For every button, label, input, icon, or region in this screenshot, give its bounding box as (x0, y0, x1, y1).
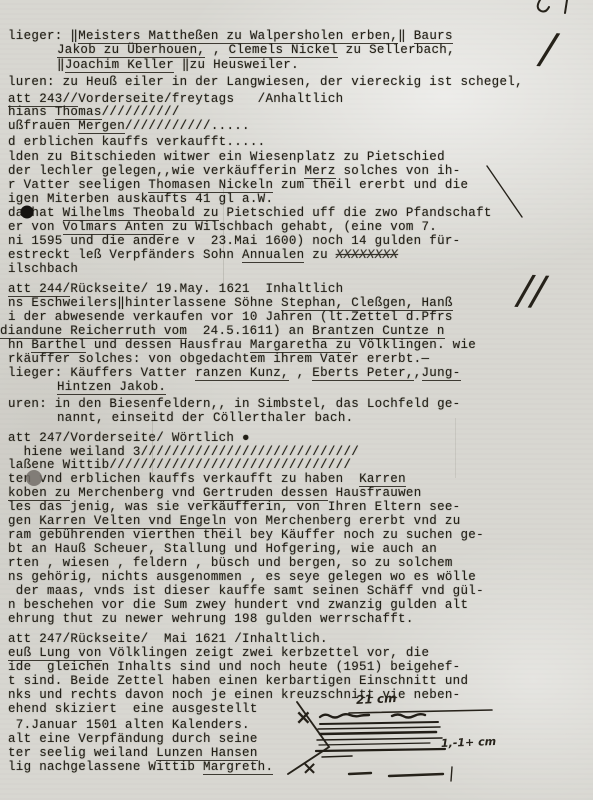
typewritten-line: r Vatter seeligen Thomasen Nickeln zum t… (8, 179, 468, 192)
typewritten-line: laßene Wittib///////////////////////////… (8, 459, 351, 472)
typewritten-line: gen Karren Velten vnd Engeln von Merchen… (8, 515, 461, 528)
typewritten-line: nannt, einseitd der Cöllerthaler bach. (57, 412, 353, 425)
typewritten-line: igen Miterben auskaufts 41 gl a.W. (8, 193, 273, 206)
typewritten-line: ‖Joachim Keller ‖zu Heusweiler. (57, 59, 299, 72)
scan-fold-line (455, 418, 456, 478)
typewritten-line: d erblichen kauffs verkaufft..... (8, 136, 265, 149)
typewritten-line: dachat Wilhelms Theobald zu Pietschied u… (8, 207, 492, 220)
typewritten-line: ns gehörig, nichts ausgenommen , es seye… (8, 571, 476, 584)
typewritten-line: Hintzen Jakob. (57, 381, 166, 394)
typewritten-line: uren: in den Biesenfeldern,, in Simbstel… (8, 398, 460, 411)
typewritten-line: lden zu Bitschieden witwer ein Wiesenpla… (8, 151, 445, 164)
handwritten-cross-mark-bottom: × (302, 758, 317, 779)
typewritten-line: ußfrauen Mergen///////////..... (8, 120, 250, 133)
scan-fold-line (223, 188, 224, 288)
handwritten-double-slash: // (517, 267, 546, 314)
typewritten-line: ilschbach (8, 263, 78, 276)
typewritten-line: ns Eschweilers‖hinterlassene Söhne Steph… (8, 297, 453, 310)
typewritten-line: ide gleichen Inhalts sind und noch heute… (8, 661, 460, 674)
typewritten-line: i der abwesende verkaufen vor 10 Jahren … (8, 311, 453, 324)
typewritten-line: ter seelig weiland Lunzen Hansen (8, 747, 258, 760)
handwritten-cross-mark-top: × (295, 705, 312, 729)
scan-fold-line (152, 408, 153, 476)
typewritten-line: rkäuffer solches: von obgedachtem ihrem … (8, 353, 429, 366)
handwritten-width-measurement-label: 21 cm (356, 691, 397, 707)
typewritten-line: rten , wiesen , feldern , büsch und berg… (8, 557, 453, 570)
scanned-document-page: lieger: ‖Meisters Mattheßen zu Walpersho… (0, 0, 593, 800)
typewritten-line: lieger: ‖Meisters Mattheßen zu Walpersho… (8, 30, 453, 43)
typewritten-line: les das jenig, was sie verkäufferin, von… (8, 501, 460, 514)
handwritten-notch-measurement-label: 1,-1+ cm (441, 735, 497, 750)
sketch-dashes (349, 767, 452, 781)
typewritten-line: lieger: Käuffers Vatter ranzen Kunz, , E… (8, 367, 461, 380)
typewritten-line: estreckt leß Verpfänders Sohn Annualen z… (8, 249, 398, 262)
kerbzettel-scribble-sketch (316, 714, 445, 757)
typewritten-line: n beschehen vor die Sum zwey hundert vnd… (8, 599, 468, 612)
typewritten-line: ram gebührenden vierthen theil bey Käuff… (8, 529, 484, 542)
typewritten-line: hians Thomas////////// (8, 106, 180, 119)
typewritten-line: t sind. Beide Zettel haben einen kerbart… (8, 675, 468, 688)
typewritten-line: hn Barthel und dessen Hausfrau Margareth… (8, 339, 476, 352)
typewritten-line: euß Lung von Völklingen zeigt zwei kerbz… (8, 647, 429, 660)
measurement-underline (349, 710, 492, 713)
typewritten-line: alt eine Verpfändung durch seine (8, 733, 258, 746)
typewritten-line: luren: zu Heuß eiler in der Langwiesen, … (8, 76, 523, 89)
typewritten-line: Jakob zu Überhouen, , Clemels Nickel zu … (57, 44, 455, 57)
typewritten-line: ten vnd erblichen kauffs verkaufft zu ha… (8, 473, 406, 486)
typewritten-line: att 247/Vorderseite/ Wörtlich ● (8, 432, 250, 445)
typewritten-line: att 244/Rückseite/ 19.May. 1621 Inhaltli… (8, 283, 343, 296)
typewritten-line: lig nachgelassene Wittib Margreth. (8, 761, 273, 774)
typewritten-line: diandune Reicherruth vom 24.5.1611) an B… (0, 325, 445, 338)
handwritten-tally-slash: / (539, 23, 557, 73)
typewritten-line: bt an Hauß Scheuer, Stallung und Hofgeri… (8, 543, 437, 556)
margin-pen-stroke (487, 166, 522, 217)
typewritten-line: ni 1595 und die andere v 23.Mai 1600) no… (8, 235, 460, 248)
cut-off-corner-mark (538, 0, 567, 13)
typewritten-line: ehend skiziert eine ausgestellt (8, 703, 258, 716)
typewritten-line: ehrung thut zu newer wehrung 198 gulden … (8, 613, 414, 626)
typewritten-line: att 247/Rückseite/ Mai 1621 /Inhaltlich. (8, 633, 328, 646)
typewritten-line: 7.Januar 1501 alten Kalenders. (8, 719, 250, 732)
typewritten-line: koben zu Merchenberg vnd Gertruden desse… (8, 487, 422, 500)
typewritten-line: der maas, vnds ist dieser kauffe samt se… (8, 585, 484, 598)
typewritten-line: der lechler gelegen,,wie verkäufferin Me… (8, 165, 461, 178)
